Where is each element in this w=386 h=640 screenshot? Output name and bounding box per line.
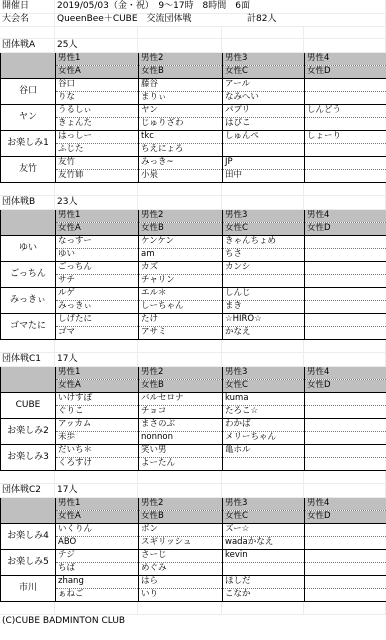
player-female: くろすけ [56,458,139,471]
player-male: はら [139,576,223,589]
player-male [305,288,386,301]
player-female: スギリッシュ [139,537,223,550]
player-female [223,458,305,471]
player-female: じゅりざわ [139,118,223,131]
empty-cell [55,340,138,353]
col-header-male: 男性3 [223,53,305,66]
empty-cell [222,602,304,615]
empty-cell [304,26,386,39]
section-label: 団体戦A [0,39,55,53]
player-male [305,262,386,275]
empty-cell [304,353,386,367]
info-row-date: 開催日 2019/05/03（金・祝） 9～17時 8時間 6面 [0,0,386,13]
player-male: ☆HIRO☆ [223,314,305,327]
player-female [305,170,386,183]
player-male [305,524,386,537]
player-male: tkc [139,131,223,144]
player-male [305,236,386,249]
player-male: アール [223,79,305,92]
player-male: バルセロナ [139,393,223,406]
player-male: だいち＊ [56,445,139,458]
player-female: めぐみ [139,563,223,576]
player-female: nonnon [139,432,223,445]
footer-row: (C)CUBE BADMINTON CLUB [0,615,386,628]
header-corner [1,498,56,524]
empty-cell [55,183,138,196]
header-corner [1,210,56,236]
empty-cell [304,340,386,353]
player-female: まき [223,301,305,314]
roster-table-C2: 男性1男性2男性3男性4女性A女性B女性C女性Dお楽しみ4いくりんボンズー☆AB… [0,497,386,602]
team-name: お楽しみ1 [1,131,56,157]
empty-cell [304,602,386,615]
empty-cell [304,196,386,210]
player-female: ゴマ [56,327,139,340]
player-male [305,157,386,170]
player-male: しんどう [305,105,386,118]
empty-cell [222,39,304,53]
player-male [305,550,386,563]
player-female: まりぃ [139,92,223,105]
player-female [223,563,305,576]
player-male: ボン [139,524,223,537]
player-female: ぁねご [56,589,139,602]
player-female: アサミ [139,327,223,340]
player-male: 亀ホル [223,445,305,458]
player-male: なっすー [56,236,139,249]
player-male: 笑い男 [139,445,223,458]
player-male: わかば [223,419,305,432]
empty-cell [138,340,222,353]
player-male: カズ [139,262,223,275]
col-header-male: 男性2 [139,498,223,511]
player-female: ぐりこ [56,406,139,419]
player-female: みっきぃ [56,301,139,314]
player-female [305,275,386,288]
empty-cell [222,484,304,498]
player-male: ほしだ [223,576,305,589]
empty-cell [304,471,386,484]
col-header-female: 女性D [305,66,386,79]
roster-table-C1: 男性1男性2男性3男性4女性A女性B女性C女性DCUBEいけすぽバルセロナkum… [0,366,386,471]
player-male: JP [223,157,305,170]
player-female: ちえにょろ [139,144,223,157]
empty-cell [304,484,386,498]
team-name: ごっちん [1,262,56,288]
player-female: たろこ☆ [223,406,305,419]
header-corner [1,367,56,393]
player-male: アッカム [56,419,139,432]
col-header-male: 男性1 [56,210,139,223]
empty-cell [138,484,222,498]
player-female: 友竹姉 [56,170,139,183]
col-header-female: 女性A [56,223,139,236]
player-female: ちば [56,563,139,576]
player-male: カンシ [223,262,305,275]
empty-cell [304,39,386,53]
player-male: kevin [223,550,305,563]
empty-cell [138,39,222,53]
tournament-roster-sheet: 開催日 2019/05/03（金・祝） 9～17時 8時間 6面 大会名 Que… [0,0,386,640]
col-header-male: 男性1 [56,498,139,511]
col-header-male: 男性4 [305,498,386,511]
player-male: きゃんちょめ [223,236,305,249]
empty-cell [55,26,138,39]
spacer-row [0,26,386,39]
player-female: am [139,249,223,262]
empty-cell [138,353,222,367]
col-header-female: 女性A [56,511,139,524]
col-header-male: 男性2 [139,367,223,380]
team-name: お楽しみ3 [1,445,56,471]
player-female: ちさ [223,249,305,262]
section-label: 団体戦B [0,196,55,210]
col-header-male: 男性2 [139,210,223,223]
player-female: メリーちゃん [223,432,305,445]
empty-cell [0,183,55,196]
player-female: サチ [56,275,139,288]
col-header-female: 女性D [305,223,386,236]
player-male: はっしー [56,131,139,144]
player-female [305,249,386,262]
player-female: よーたん [139,458,223,471]
section-label: 団体戦C2 [0,484,55,498]
player-male: いくりん [56,524,139,537]
player-female [305,537,386,550]
empty-cell [0,602,55,615]
empty-cell [138,183,222,196]
col-header-female: 女性B [139,380,223,393]
col-header-female: 女性D [305,511,386,524]
empty-cell [222,196,304,210]
player-male: kuma [223,393,305,406]
player-female: しーちゃん [139,301,223,314]
player-female [305,118,386,131]
empty-cell [222,353,304,367]
player-female: 田中 [223,170,305,183]
col-header-female: 女性C [223,66,305,79]
player-male [305,576,386,589]
empty-cell [222,340,304,353]
col-header-female: 女性C [223,223,305,236]
col-header-male: 男性1 [56,53,139,66]
section-count: 17人 [55,484,138,498]
player-male: しゅんぺ [223,131,305,144]
copyright-text: (C)CUBE BADMINTON CLUB [0,615,386,628]
roster-table-A: 男性1男性2男性3男性4女性A女性B女性C女性D谷口谷口藤谷アールりなまりぃなみ… [0,52,386,183]
player-female: かなえ [223,327,305,340]
team-name: CUBE [1,393,56,419]
team-name: みっきぃ [1,288,56,314]
player-female [305,589,386,602]
col-header-female: 女性C [223,511,305,524]
section-header-A: 団体戦A25人 [0,39,386,52]
player-female [305,563,386,576]
empty-cell [55,471,138,484]
player-male [305,393,386,406]
player-female [223,144,305,157]
empty-cell [55,602,138,615]
sections-container: 団体戦A25人男性1男性2男性3男性4女性A女性B女性C女性D谷口谷口藤谷アール… [0,39,386,615]
empty-cell [138,26,222,39]
team-name: お楽しみ5 [1,550,56,576]
player-male [305,314,386,327]
player-male: しんじ [223,288,305,301]
player-female: 未歩 [56,432,139,445]
player-female [305,406,386,419]
col-header-male: 男性4 [305,53,386,66]
player-male: エル＊ [139,288,223,301]
empty-cell [0,471,55,484]
col-header-female: 女性B [139,66,223,79]
player-male: ルゲ [56,288,139,301]
col-header-male: 男性2 [139,53,223,66]
player-male [305,419,386,432]
roster-table-B: 男性1男性2男性3男性4女性A女性B女性C女性Dゆいなっすーケンケンきゃんちょめ… [0,209,386,340]
empty-cell [222,183,304,196]
team-name: 友竹 [1,157,56,183]
player-male: ごっちん [56,262,139,275]
info-row-event: 大会名 QueenBee＋CUBE 交流団体戦 計82人 [0,13,386,26]
empty-cell [0,26,55,39]
player-female: ふじた [56,144,139,157]
player-female: なみへい [223,92,305,105]
player-female: こなか [223,589,305,602]
player-female [305,92,386,105]
section-count: 25人 [55,39,138,53]
team-name: 谷口 [1,79,56,105]
player-male: パプリ [223,105,305,118]
col-header-male: 男性3 [223,210,305,223]
empty-cell [222,26,304,39]
section-header-B: 団体戦B23人 [0,196,386,209]
col-header-male: 男性3 [223,367,305,380]
player-male: みっき~ [139,157,223,170]
section-count: 23人 [55,196,138,210]
player-female: wadaかなえ [223,537,305,550]
player-female [223,275,305,288]
col-header-female: 女性B [139,223,223,236]
col-header-female: 女性A [56,66,139,79]
section-label: 団体戦C1 [0,353,55,367]
col-header-female: 女性D [305,380,386,393]
empty-cell [138,196,222,210]
team-name: お楽しみ4 [1,524,56,550]
player-male: たけ [139,314,223,327]
player-female: いり [139,589,223,602]
col-header-male: 男性1 [56,367,139,380]
player-female: チャリン [139,275,223,288]
team-name: ゆい [1,236,56,262]
player-male: ケンケン [139,236,223,249]
empty-cell [304,183,386,196]
team-name: ゴマたに [1,314,56,340]
player-male: しょーり [305,131,386,144]
player-female: ゆい [56,249,139,262]
player-male: ズー☆ [223,524,305,537]
player-male: しげたに [56,314,139,327]
player-female: チョコ [139,406,223,419]
empty-cell [0,340,55,353]
event-label: 大会名 [0,13,55,27]
player-male: いけすぽ [56,393,139,406]
player-male: zhang [56,576,139,589]
player-male [305,79,386,92]
player-female: 小泉 [139,170,223,183]
spacer-row [0,602,386,615]
spacer-row [0,340,386,353]
player-female [305,301,386,314]
empty-cell [138,602,222,615]
col-header-female: 女性C [223,380,305,393]
player-male: 友竹 [56,157,139,170]
team-name: ヤン [1,105,56,131]
player-female [305,458,386,471]
player-male [305,445,386,458]
team-name: 市川 [1,576,56,602]
player-female: りな [56,92,139,105]
player-female: はぴこ [223,118,305,131]
col-header-female: 女性B [139,511,223,524]
section-header-C2: 団体戦C217人 [0,484,386,497]
section-count: 17人 [55,353,138,367]
empty-cell [222,471,304,484]
empty-cell [138,471,222,484]
player-female: ABO [56,537,139,550]
date-value: 2019/05/03（金・祝） 9～17時 8時間 6面 [55,0,386,14]
section-header-C1: 団体戦C117人 [0,353,386,366]
col-header-female: 女性A [56,380,139,393]
col-header-male: 男性4 [305,210,386,223]
player-male: 谷口 [56,79,139,92]
player-male: うるしぃ [56,105,139,118]
date-label: 開催日 [0,0,55,14]
col-header-male: 男性3 [223,498,305,511]
team-name: お楽しみ2 [1,419,56,445]
col-header-male: 男性4 [305,367,386,380]
spacer-row [0,471,386,484]
event-value: QueenBee＋CUBE 交流団体戦 [57,14,192,24]
total-count: 計82人 [247,13,276,26]
player-male: さーじ [139,550,223,563]
player-female [305,144,386,157]
player-male: ヤン [139,105,223,118]
player-female [305,432,386,445]
header-corner [1,53,56,79]
player-male: 藤谷 [139,79,223,92]
event-value-cell: QueenBee＋CUBE 交流団体戦 計82人 [55,13,386,27]
player-male: まさのぶ [139,419,223,432]
player-female [305,327,386,340]
player-male: テジ [56,550,139,563]
spacer-row [0,183,386,196]
player-female: きょんた [56,118,139,131]
